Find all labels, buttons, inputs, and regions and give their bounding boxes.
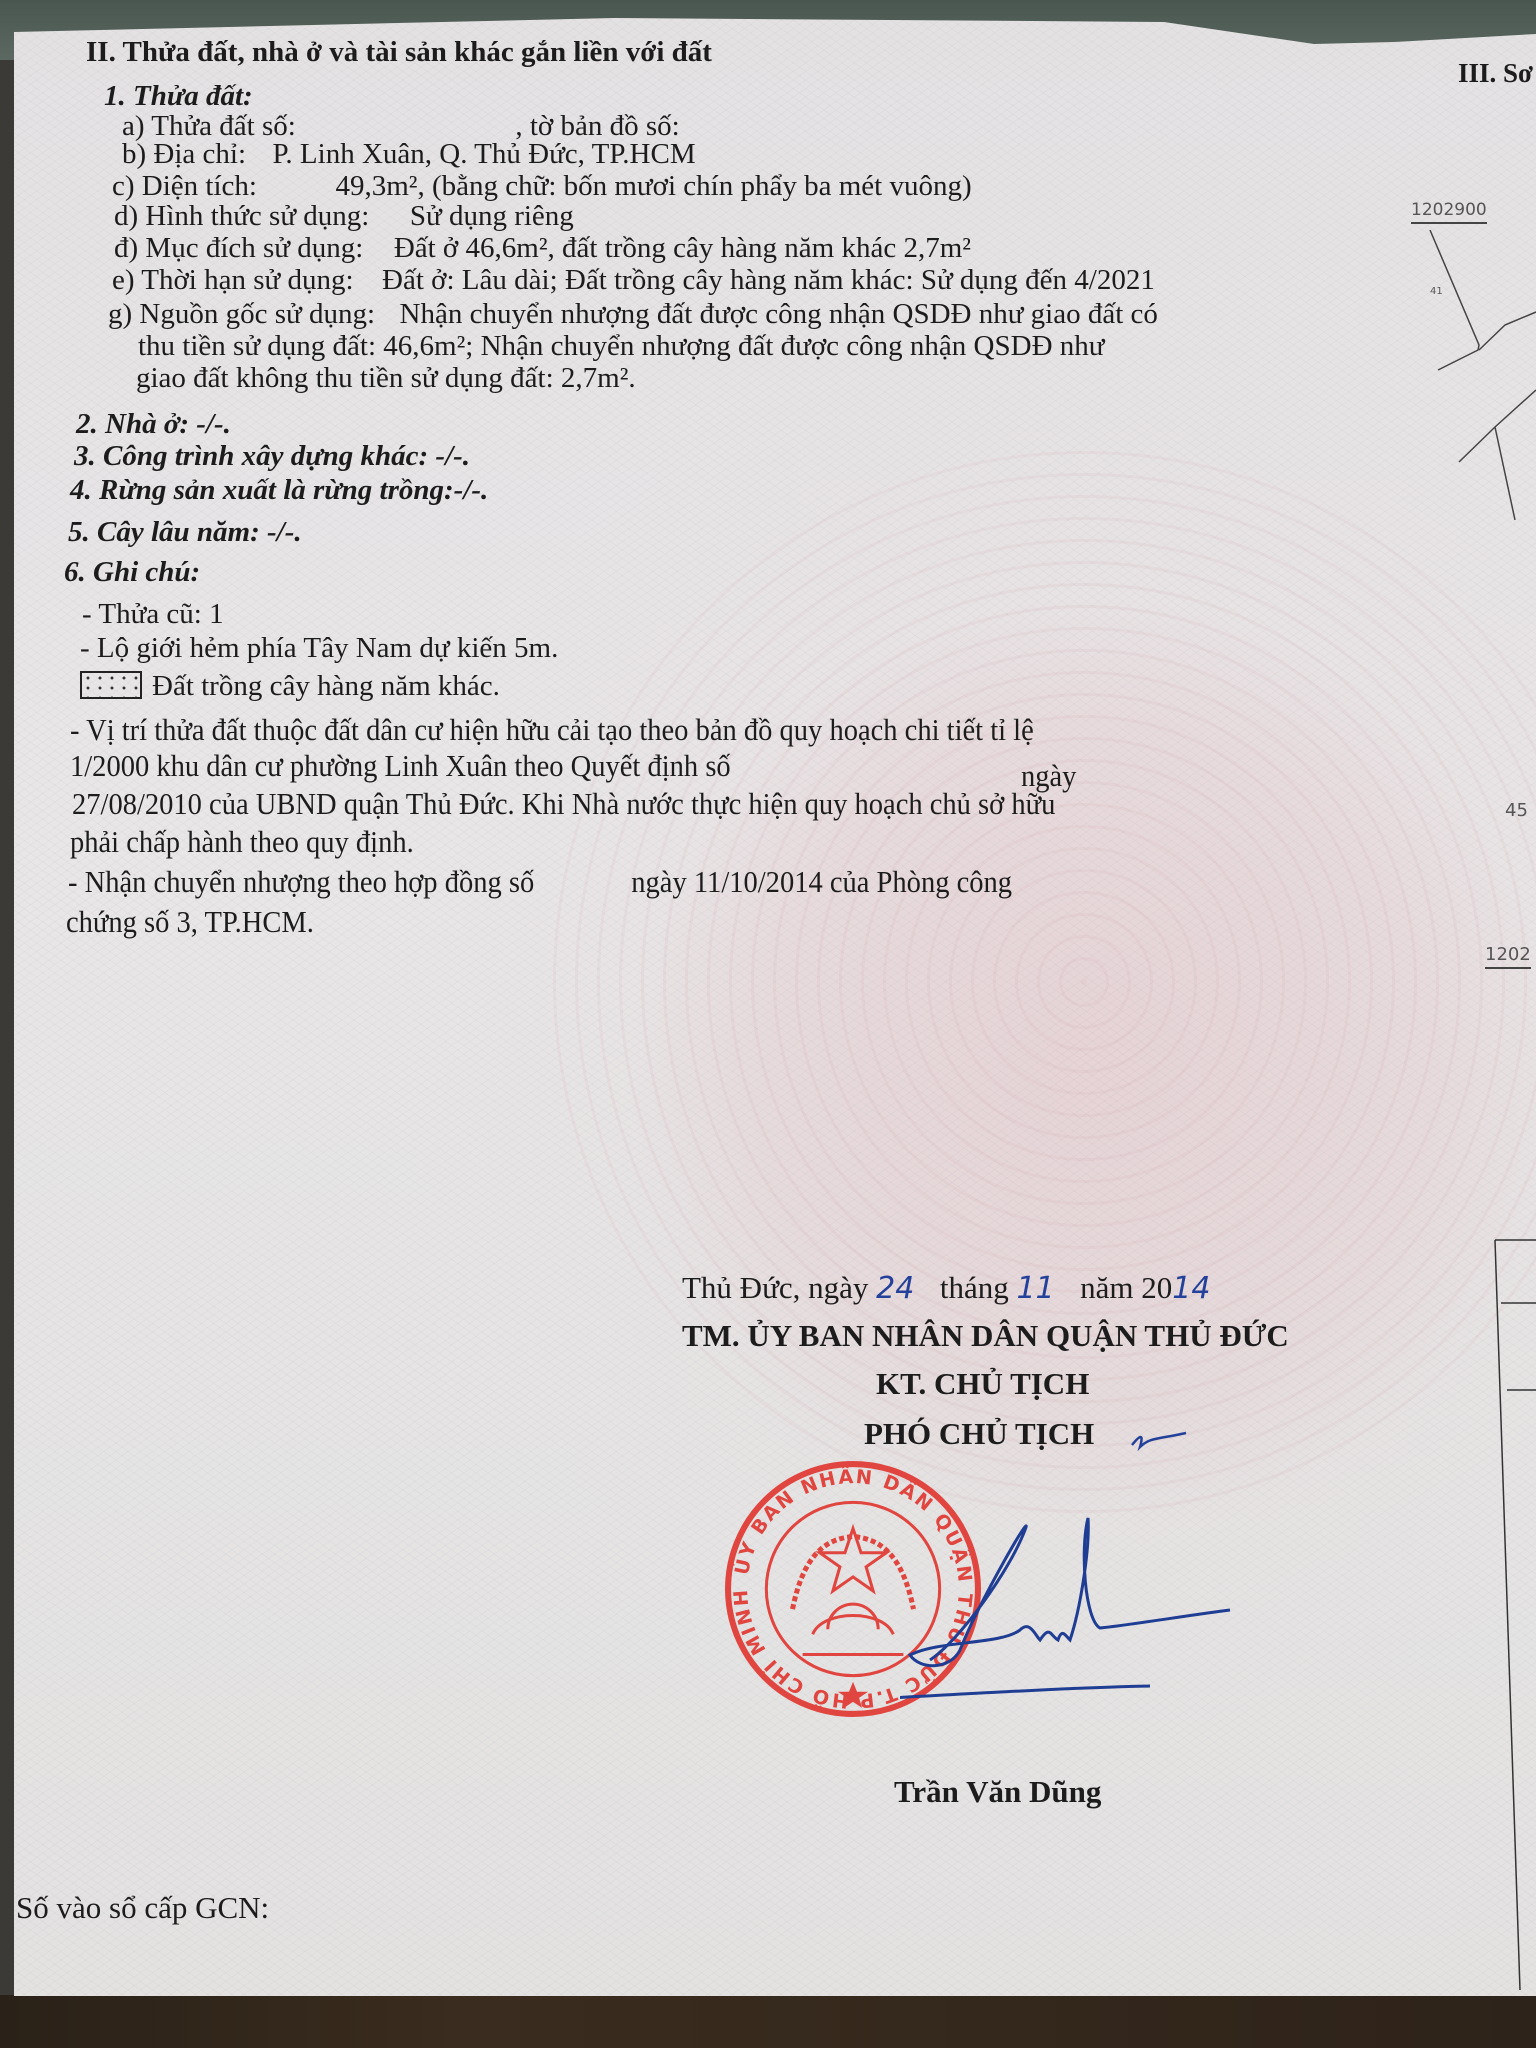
note-planning-line1: - Vị trí thửa đất thuộc đất dân cư hiện …	[70, 712, 1034, 748]
note-transfer-line1a: - Nhận chuyển nhượng theo hợp đồng số	[68, 864, 534, 899]
signer-title-2: PHÓ CHỦ TỊCH	[864, 1416, 1094, 1452]
month-label: tháng	[940, 1270, 1009, 1305]
note-legend-text: Đất trồng cây hàng năm khác.	[152, 670, 500, 702]
background-bottom	[0, 1995, 1536, 2048]
year-label: năm 20	[1080, 1270, 1172, 1305]
handwritten-year: 14	[1172, 1271, 1210, 1306]
note-planning-line3: 27/08/2010 của UBND quận Thủ Đức. Khi Nh…	[72, 786, 1055, 822]
initial-mark	[1130, 1425, 1190, 1455]
usage-origin-line2: thu tiền sử dụng đất: 46,6m²; Nhận chuyể…	[138, 330, 1104, 363]
address-value: P. Linh Xuân, Q. Thủ Đức, TP.HCM	[273, 138, 696, 170]
note-transfer-line1: - Nhận chuyển nhượng theo hợp đồng số ng…	[68, 864, 1012, 900]
note-transfer-line2: chứng số 3, TP.HCM.	[66, 904, 314, 940]
area-value: 49,3m², (bằng chữ: bốn mươi chín phẩy ba…	[335, 170, 971, 202]
note-transfer-line1b: ngày 11/10/2014 của Phòng công	[631, 864, 1012, 899]
address-label: b) Địa chỉ:	[122, 138, 246, 170]
other-construction-item: 3. Công trình xây dựng khác: -/-.	[74, 440, 470, 473]
usage-purpose-value: Đất ở 46,6m², đất trồng cây hàng năm khá…	[394, 232, 971, 264]
usage-term-label: e) Thời hạn sử dụng:	[112, 264, 354, 296]
usage-origin-line1: Nhận chuyển nhượng đất được công nhận QS…	[400, 298, 1158, 330]
area-row: c) Diện tích: 49,3m², (bằng chữ: bốn mươ…	[112, 170, 972, 203]
place-date-line: Thủ Đức, ngày 24 tháng 11 năm 2014	[682, 1270, 1210, 1306]
dotted-legend-icon	[80, 671, 142, 699]
house-item: 2. Nhà ở: -/-.	[76, 408, 231, 441]
note-old-parcel: - Thửa cũ: 1	[82, 598, 224, 631]
usage-origin-line3: giao đất không thu tiền sử dụng đất: 2,7…	[136, 362, 636, 395]
area-label: c) Diện tích:	[112, 170, 257, 202]
usage-origin-label: g) Nguồn gốc sử dụng:	[108, 298, 375, 330]
handwritten-month: 11	[1016, 1271, 1054, 1306]
signer-name: Trần Văn Dũng	[894, 1774, 1101, 1810]
note-planning-line4: phải chấp hành theo quy định.	[70, 824, 414, 860]
usage-purpose-row: đ) Mục đích sử dụng: Đất ở 46,6m², đất t…	[114, 232, 971, 265]
section-ii-title: II. Thửa đất, nhà ở và tài sản khác gắn …	[86, 36, 712, 69]
registry-number-label: Số vào sổ cấp GCN:	[16, 1890, 269, 1926]
usage-purpose-label: đ) Mục đích sử dụng:	[114, 232, 363, 264]
issuing-organization: TM. ỦY BAN NHÂN DÂN QUẬN THỦ ĐỨC	[682, 1318, 1289, 1354]
usage-origin-row: g) Nguồn gốc sử dụng: Nhận chuyển nhượng…	[108, 298, 1158, 331]
place-date-prefix: Thủ Đức, ngày	[682, 1270, 868, 1305]
note-alley: - Lộ giới hẻm phía Tây Nam dự kiến 5m.	[80, 632, 558, 665]
notes-heading: 6. Ghi chú:	[64, 556, 200, 589]
land-parcel-heading: 1. Thửa đất:	[104, 80, 253, 113]
address-row: b) Địa chỉ: P. Linh Xuân, Q. Thủ Đức, TP…	[122, 138, 696, 171]
usage-form-label: d) Hình thức sử dụng:	[114, 200, 369, 232]
production-forest-item: 4. Rừng sản xuất là rừng trồng:-/-.	[70, 474, 488, 507]
section-iii-title: III. Sơ	[1458, 58, 1533, 89]
note-planning-line2: 1/2000 khu dân cư phường Linh Xuân theo …	[70, 748, 1076, 784]
usage-form-row: d) Hình thức sử dụng: Sử dụng riêng	[114, 200, 574, 233]
note-legend-row: Đất trồng cây hàng năm khác.	[80, 670, 500, 703]
cadastral-map-lines	[1380, 190, 1536, 1990]
usage-term-value: Đất ở: Lâu dài; Đất trồng cây hàng năm k…	[382, 264, 1155, 296]
handwritten-day: 24	[876, 1271, 914, 1306]
usage-term-row: e) Thời hạn sử dụng: Đất ở: Lâu dài; Đất…	[112, 264, 1155, 297]
signature	[900, 1510, 1240, 1710]
usage-form-value: Sử dụng riêng	[410, 200, 574, 232]
perennial-trees-item: 5. Cây lâu năm: -/-.	[68, 516, 302, 549]
signer-title-1: KT. CHỦ TỊCH	[876, 1366, 1089, 1402]
note-planning-line2a: 1/2000 khu dân cư phường Linh Xuân theo …	[70, 748, 731, 783]
